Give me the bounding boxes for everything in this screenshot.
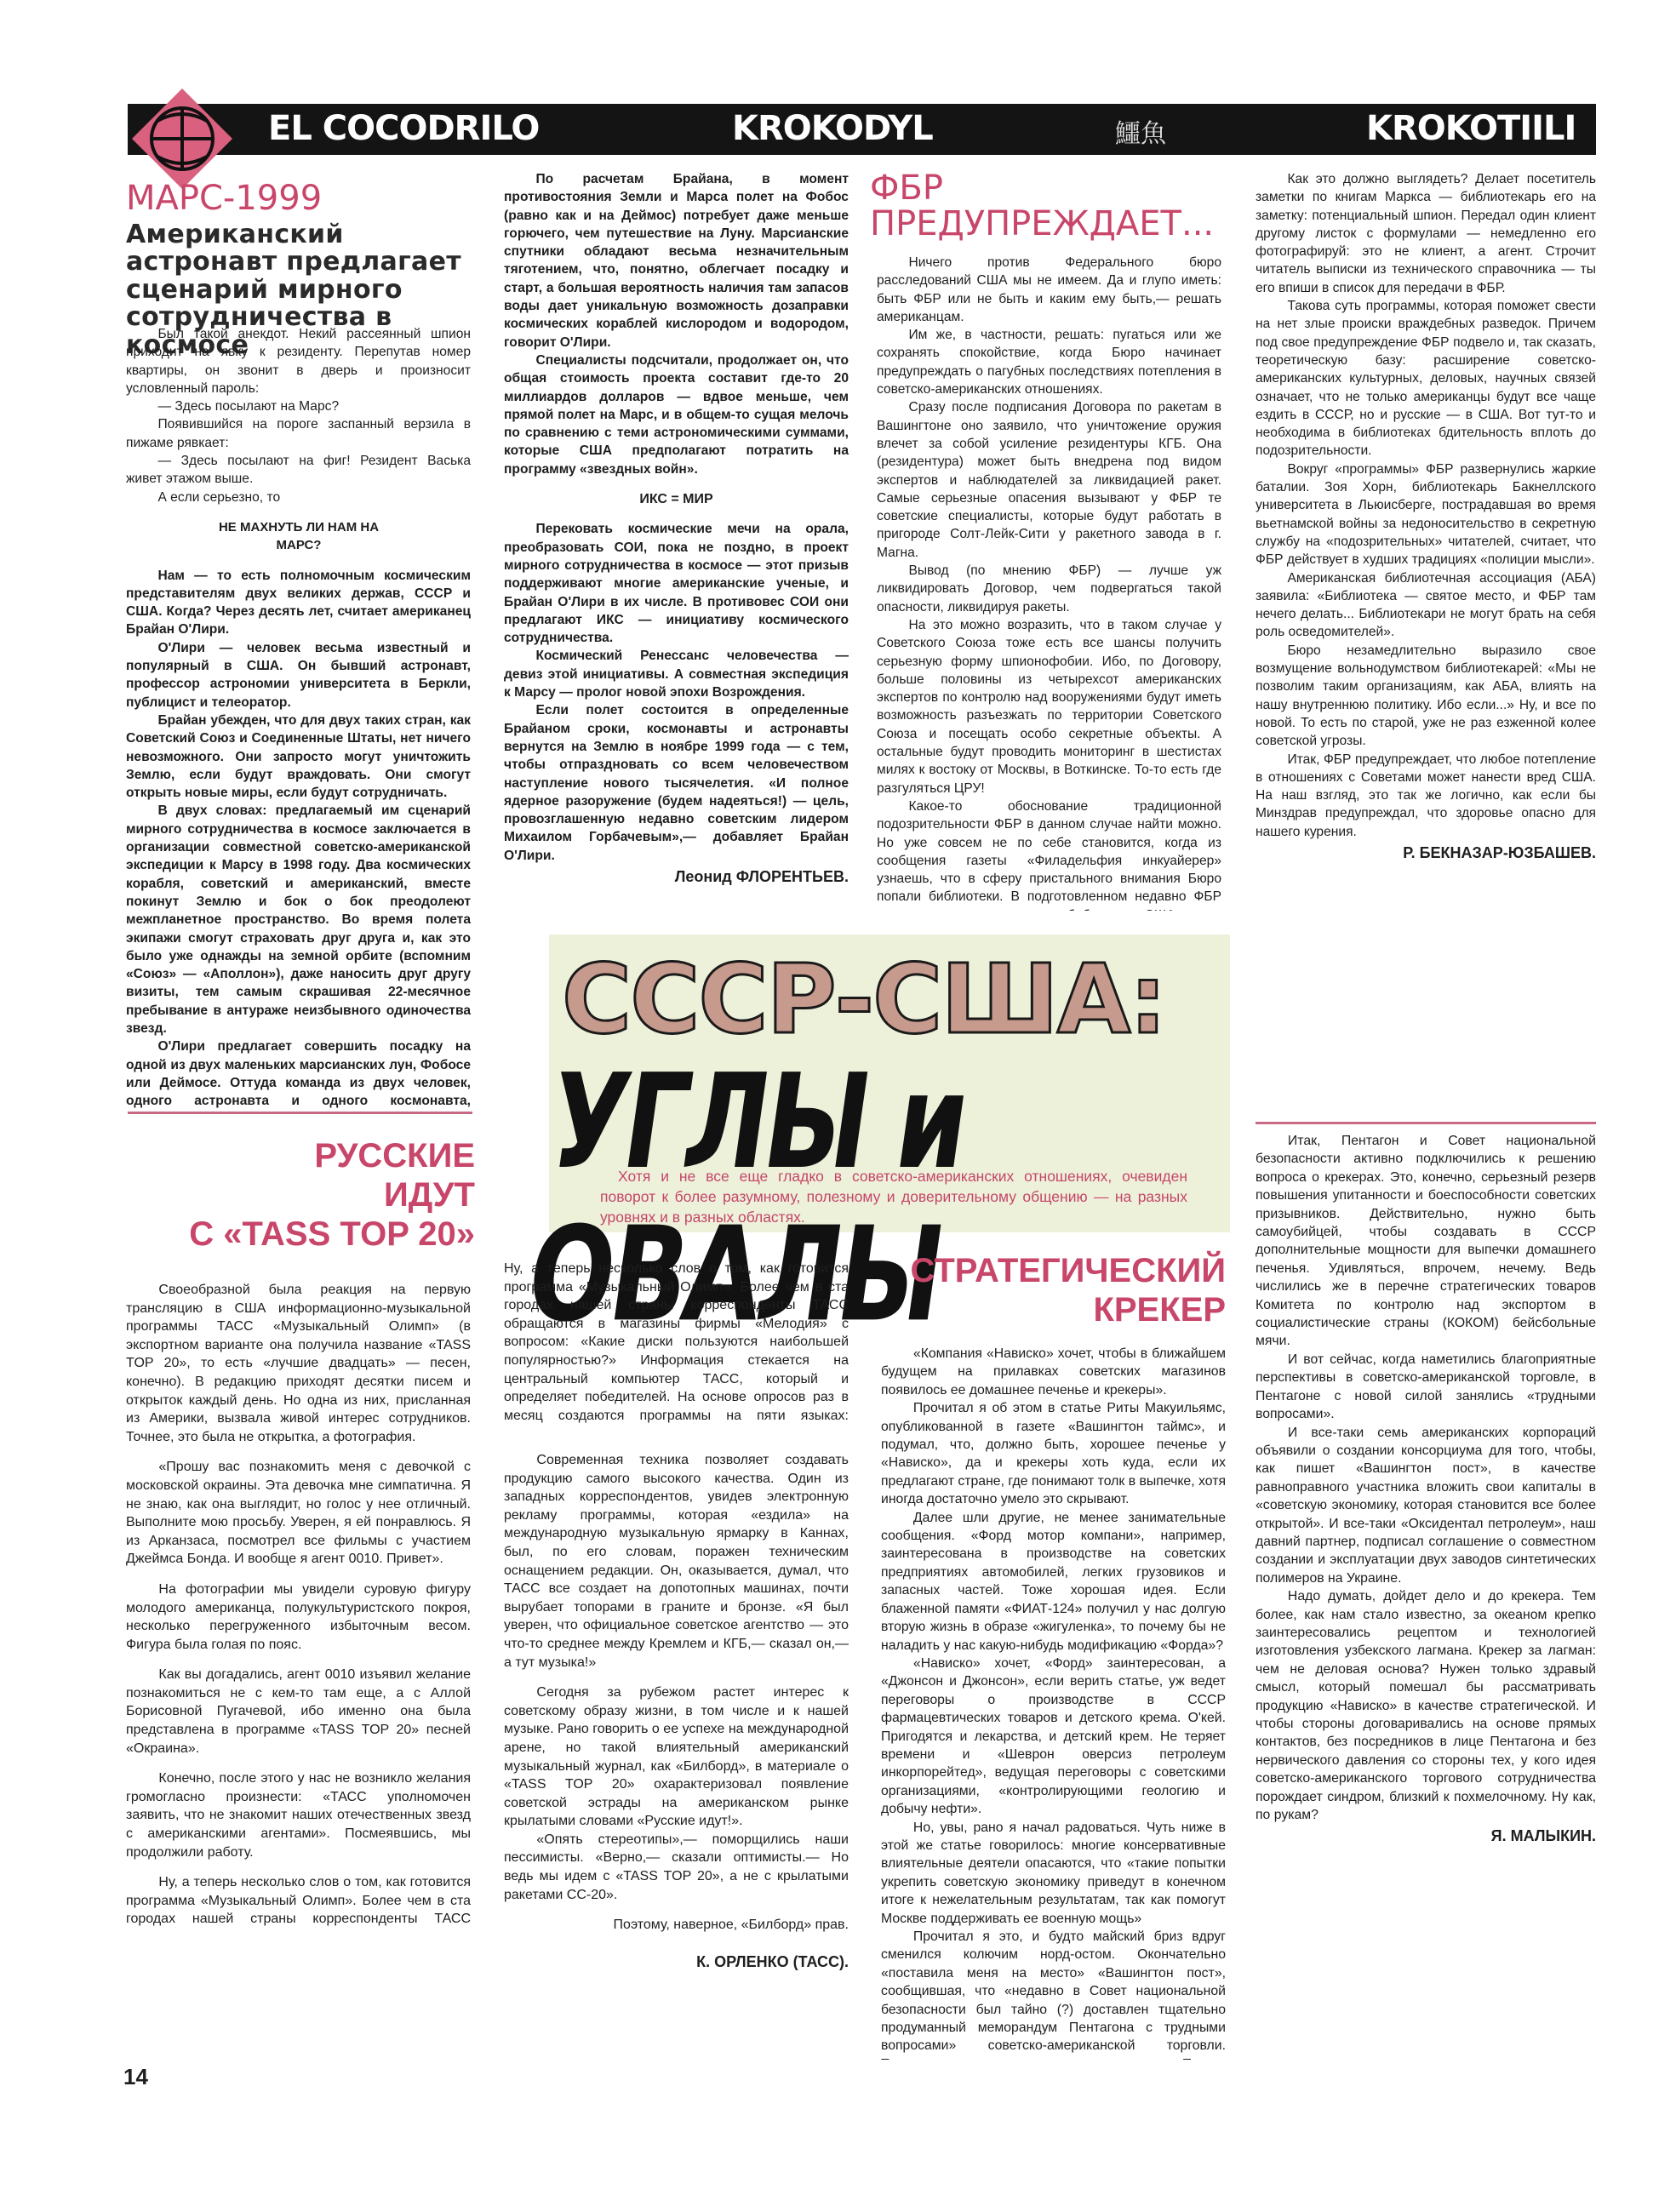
paragraph: Итак, ФБР предупреждает, что любое потеп…	[1256, 751, 1596, 841]
paragraph: Бюро незамедлительно выразило свое возму…	[1256, 642, 1596, 751]
fbi-headline-line1: ФБР	[870, 170, 1227, 206]
paragraph: Итак, Пентагон и Совет национальной безо…	[1256, 1132, 1596, 1351]
paragraph: Космический Ренессанс человечества — дев…	[504, 647, 849, 701]
paragraph: Им же, в частности, решать: пугаться или…	[877, 326, 1221, 398]
article-fbi-col3: Ничего против Федерального бюро расследо…	[877, 254, 1221, 911]
paragraph: «Опять стереотипы»,— поморщились наши пе…	[504, 1831, 849, 1904]
banner-lead: Хотя и не все еще гладко в советско-амер…	[600, 1166, 1187, 1227]
paragraph: Брайан убежден, что для двух таких стран…	[126, 712, 471, 802]
article-cracker-col4: Итак, Пентагон и Совет национальной безо…	[1256, 1132, 1596, 1846]
paragraph: А если серьезно, то	[126, 489, 471, 506]
paragraph: Ничего против Федерального бюро расследо…	[877, 254, 1221, 326]
article-tass-headline: РУССКИЕ ИДУТ С «TASS TOP 20»	[126, 1136, 475, 1254]
paragraph: Современная техника позволяет создавать …	[504, 1451, 849, 1672]
paragraph: Американская библиотечная ассоциация (АБ…	[1256, 569, 1596, 642]
paragraph: О'Лири предлагает совершить посадку на о…	[126, 1037, 471, 1110]
paragraph: — Здесь посылают на Марс?	[126, 397, 471, 415]
masthead-title-finnish: KROKOTIILI	[1366, 109, 1576, 148]
fbi-headline-line2: ПРЕДУПРЕЖДАЕТ...	[870, 206, 1227, 242]
paragraph: Конечно, после этого у нас не возникло ж…	[126, 1769, 471, 1861]
paragraph: В двух словах: предлагаемый им сценарий …	[126, 802, 471, 1037]
article-cracker-col3: «Компания «Нависко» хочет, чтобы в ближа…	[881, 1345, 1226, 2060]
article-fbi-header: ФБР ПРЕДУПРЕЖДАЕТ...	[870, 170, 1227, 242]
tass-headline-line1: РУССКИЕ	[126, 1136, 475, 1175]
cracker-headline-line1: СТРАТЕГИЧЕСКИЙ	[877, 1251, 1226, 1290]
article-tass-col2: Ну, а теперь несколько слов о том, как г…	[504, 1260, 849, 1971]
paragraph: На фотографии мы увидели суровую фигуру …	[126, 1580, 471, 1654]
masthead-title-spanish: EL COCODRILO	[268, 109, 539, 148]
paragraph: «Нависко» хочет, «Форд» заинтересован, а…	[881, 1655, 1226, 1819]
article-tass-col1: Своеобразной была реакция на первую тран…	[126, 1281, 471, 1929]
paragraph: Сразу после подписания Договора по ракет…	[877, 398, 1221, 562]
cracker-headline-line2: КРЕКЕР	[877, 1290, 1226, 1329]
banner-ussr-usa: СССР-США: УГЛЫ и ОВАЛЫ Хотя и не все еще…	[549, 935, 1230, 1232]
divider-rule	[128, 1112, 472, 1114]
paragraph: Какое-то обоснование традиционной подозр…	[877, 797, 1221, 911]
paragraph: Прочитал я об этом в статье Риты Макуиль…	[881, 1399, 1226, 1508]
article-cracker-headline: СТРАТЕГИЧЕСКИЙ КРЕКЕР	[877, 1251, 1226, 1329]
paragraph: «Прошу вас познакомить меня с девочкой с…	[126, 1458, 471, 1569]
paragraph: Как это должно выглядеть? Делает посетит…	[1256, 170, 1596, 297]
fbi-byline: Р. БЕКНАЗАР-ЮЗБАШЕВ.	[1256, 844, 1596, 862]
paragraph: И вот сейчас, когда наметились благоприя…	[1256, 1351, 1596, 1424]
paragraph: «Компания «Нависко» хочет, чтобы в ближа…	[881, 1345, 1226, 1399]
paragraph: Далее шли другие, не менее занимательные…	[881, 1509, 1226, 1655]
divider-rule	[1256, 1122, 1596, 1124]
paragraph: Вывод (по мнению ФБР) — лучше уж ликвиди…	[877, 562, 1221, 616]
paragraph: Ну, а теперь несколько слов о том, как г…	[126, 1873, 471, 1929]
article-mars-col1: Был такой анекдот. Некий рассеянный шпио…	[126, 325, 471, 1110]
article-mars-col2: По расчетам Брайана, в момент противосто…	[504, 170, 849, 886]
page-number: 14	[123, 2064, 148, 2090]
paragraph: На это можно возразить, что в таком случ…	[877, 616, 1221, 797]
mars-kicker: МАРС-1999	[126, 180, 483, 216]
cracker-byline: Я. МАЛЫКИН.	[1256, 1827, 1596, 1845]
paragraph: Своеобразной была реакция на первую тран…	[126, 1281, 471, 1446]
mars-subhead-1: НЕ МАХНУТЬ ЛИ НАМ НА МАРС?	[201, 518, 397, 555]
paragraph: Такова суть программы, которая поможет с…	[1256, 297, 1596, 460]
paragraph-continued: Ну, а теперь несколько слов о том, как г…	[504, 1260, 849, 1426]
paragraph: Перековать космические мечи на орала, пр…	[504, 520, 849, 647]
paragraph: Прочитал я это, и будто майский бриз вдр…	[881, 1928, 1226, 2060]
paragraph: О'Лири — человек весьма известный и попу…	[126, 639, 471, 712]
masthead-title-chinese: 鱷魚	[1115, 112, 1166, 150]
masthead-bar: EL COCODRILO KROKODYL 鱷魚 KROKOTIILI	[128, 104, 1596, 155]
paragraph: И все-таки семь американских корпораций …	[1256, 1424, 1596, 1588]
paragraph: Нам — то есть полномочным космическим пр…	[126, 567, 471, 639]
paragraph: Надо думать, дойдет дело и до крекера. Т…	[1256, 1587, 1596, 1824]
paragraph: Был такой анекдот. Некий рассеянный шпио…	[126, 325, 471, 397]
paragraph: Вокруг «программы» ФБР развернулись жарк…	[1256, 460, 1596, 569]
paragraph: Если полет состоится в определенные Брай…	[504, 701, 849, 865]
article-fbi-col4: Как это должно выглядеть? Делает посетит…	[1256, 170, 1596, 862]
mars-subhead-2: ИКС = МИР	[504, 490, 849, 508]
paragraph: Сегодня за рубежом растет интерес к сове…	[504, 1683, 849, 1831]
paragraph: — Здесь посылают на фиг! Резидент Васька…	[126, 452, 471, 489]
tass-headline-line3: С «TASS TOP 20»	[126, 1215, 475, 1254]
paragraph: Специалисты подсчитали, продолжает он, ч…	[504, 352, 849, 478]
mars-byline: Леонид ФЛОРЕНТЬЕВ.	[504, 868, 849, 886]
paragraph: Поэтому, наверное, «Билборд» прав.	[504, 1916, 849, 1935]
tass-byline: К. ОРЛЕНКО (ТАСС).	[504, 1953, 849, 1972]
banner-title-line1: СССР-США:	[562, 945, 1165, 1055]
globe-diamond-icon	[132, 89, 232, 189]
paragraph: Но, увы, рано я начал радоваться. Чуть н…	[881, 1819, 1226, 1928]
tass-headline-line2: ИДУТ	[126, 1175, 475, 1215]
paragraph: Как вы догадались, агент 0010 изъявил же…	[126, 1666, 471, 1758]
masthead-title-polish: KROKODYL	[732, 109, 933, 148]
paragraph: По расчетам Брайана, в момент противосто…	[504, 170, 849, 352]
paragraph: Появившийся на пороге заспанный верзила …	[126, 415, 471, 452]
